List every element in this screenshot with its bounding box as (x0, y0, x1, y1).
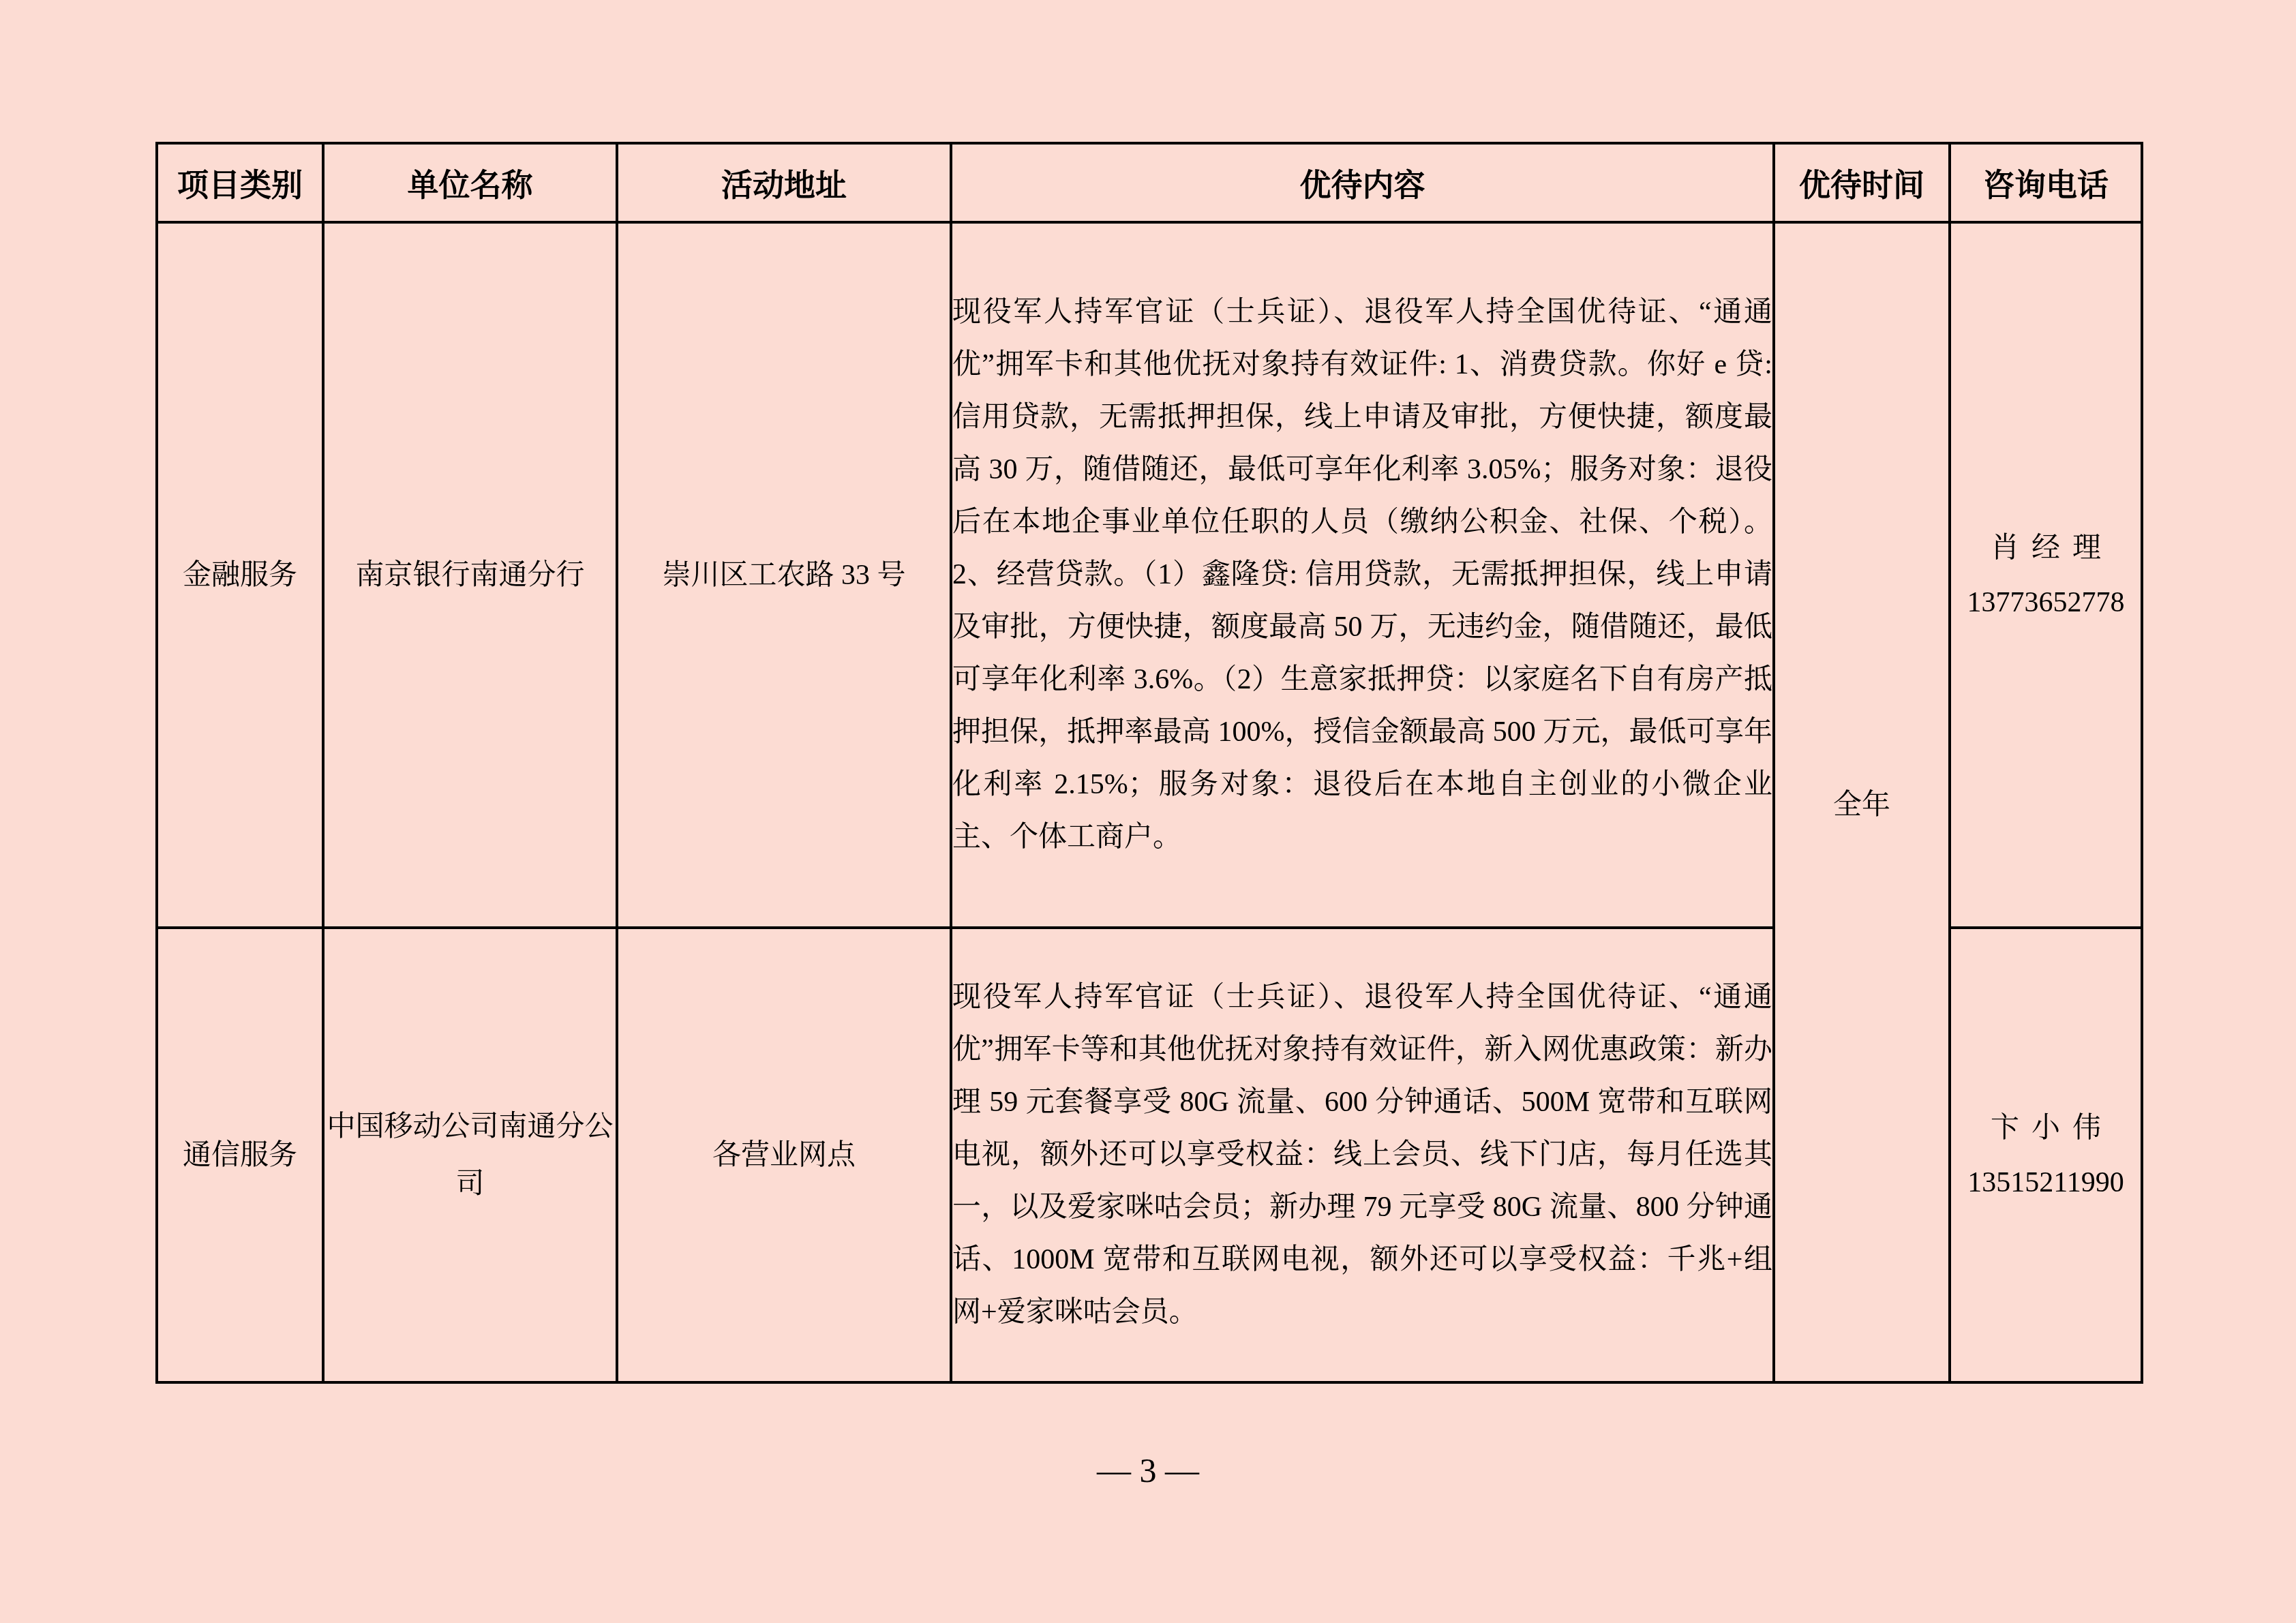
header-preferential-time: 优待时间 (1774, 143, 1950, 222)
header-unit-name: 单位名称 (323, 143, 617, 222)
table-header-row: 项目类别 单位名称 活动地址 优待内容 优待时间 咨询电话 (157, 143, 2142, 222)
content-cell: 现役军人持军官证（士兵证）、退役军人持全国优待证、“通通优”拥军卡等和其他优抚对… (951, 928, 1774, 1382)
page-number: — 3 — (0, 1451, 2296, 1490)
category-cell: 金融服务 (157, 222, 323, 928)
contact-cell: 卞小伟 13515211990 (1950, 928, 2142, 1382)
header-activity-address: 活动地址 (617, 143, 951, 222)
category-cell: 通信服务 (157, 928, 323, 1382)
contact-name: 卞小伟 (1951, 1101, 2141, 1155)
contact-name: 肖经理 (1951, 521, 2141, 575)
unit-cell: 中国移动公司南通分公司 (323, 928, 617, 1382)
address-cell: 各营业网点 (617, 928, 951, 1382)
contact-cell: 肖经理 13773652778 (1950, 222, 2142, 928)
address-cell: 崇川区工农路 33 号 (617, 222, 951, 928)
header-project-category: 项目类别 (157, 143, 323, 222)
unit-cell: 南京银行南通分行 (323, 222, 617, 928)
header-consultation-phone: 咨询电话 (1950, 143, 2142, 222)
table-row: 金融服务 南京银行南通分行 崇川区工农路 33 号 现役军人持军官证（士兵证）、… (157, 222, 2142, 928)
content-cell: 现役军人持军官证（士兵证）、退役军人持全国优待证、“通通优”拥军卡和其他优抚对象… (951, 222, 1774, 928)
time-cell-merged: 全年 (1774, 222, 1950, 1382)
contact-phone: 13773652778 (1951, 575, 2141, 630)
contact-phone: 13515211990 (1951, 1155, 2141, 1210)
preferential-services-table: 项目类别 单位名称 活动地址 优待内容 优待时间 咨询电话 金融服务 南京银行南… (155, 142, 2143, 1384)
header-preferential-content: 优待内容 (951, 143, 1774, 222)
